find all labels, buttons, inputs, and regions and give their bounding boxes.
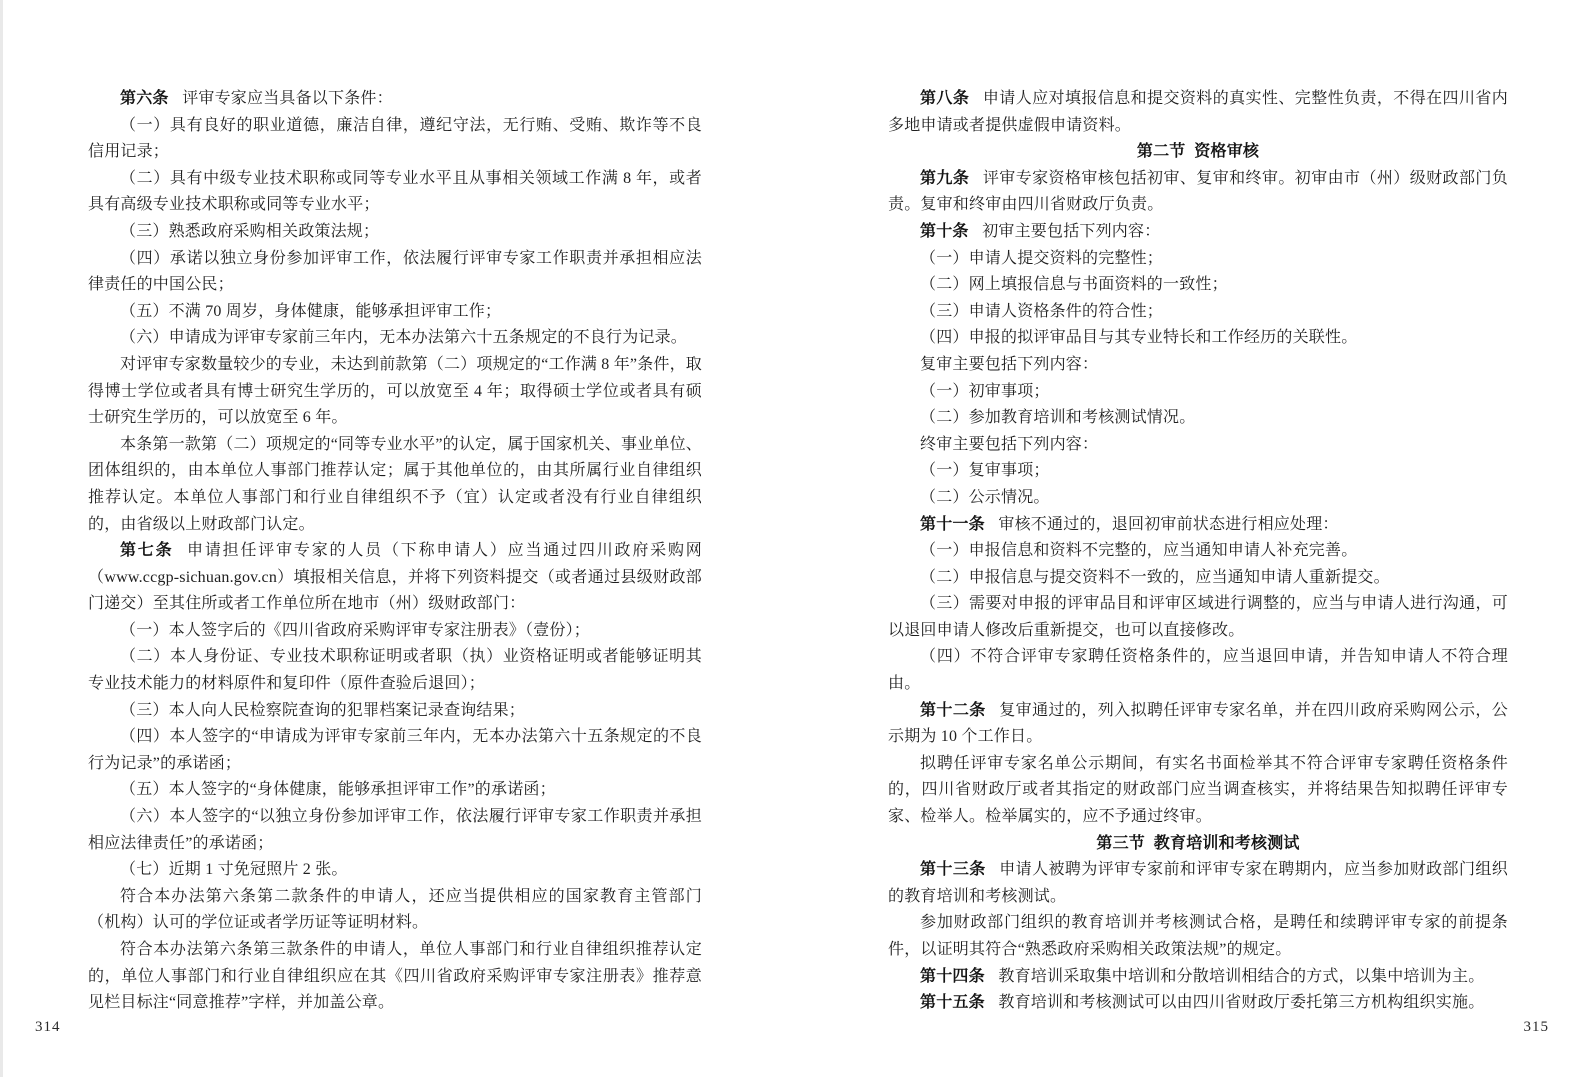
paragraph: （六）本人签字的“以独立身份参加评审工作，依法履行评审专家工作职责并承担相应法律…: [88, 804, 702, 857]
article-number: 第十五条: [920, 994, 985, 1011]
paragraph-text: （三）本人向人民检察院查询的犯罪档案记录查询结果；: [120, 702, 525, 719]
paragraph: 符合本办法第六条第三款条件的申请人，单位人事部门和行业自律组织推荐认定的，单位人…: [88, 937, 702, 1017]
paragraph-text: 申请人应对填报信息和提交资料的真实性、完整性负责，不得在四川省内多地申请或者提供…: [888, 90, 1508, 134]
paragraph: （一）本人签字后的《四川省政府采购评审专家注册表》（壹份）；: [88, 618, 702, 645]
paragraph-text: （三）申请人资格条件的符合性；: [920, 303, 1163, 320]
paragraph: 对评审专家数量较少的专业，未达到前款第（二）项规定的“工作满 8 年”条件，取得…: [88, 352, 702, 432]
section-number: 第三节: [1096, 835, 1145, 852]
paragraph-text: （一）具有良好的职业道德，廉洁自律，遵纪守法，无行贿、受贿、欺诈等不良信用记录；: [88, 117, 702, 161]
paragraph: （二）网上填报信息与书面资料的一致性；: [888, 272, 1508, 299]
paragraph-text: （六）申请成为评审专家前三年内，无本办法第六十五条规定的不良行为记录。: [120, 329, 687, 346]
paragraph-text: 初审主要包括下列内容：: [982, 223, 1160, 240]
page-right: 第八条申请人应对填报信息和提交资料的真实性、完整性负责，不得在四川省内多地申请或…: [794, 0, 1587, 1077]
paragraph: （六）申请成为评审专家前三年内，无本办法第六十五条规定的不良行为记录。: [88, 325, 702, 352]
paragraph-text: （二）公示情况。: [920, 489, 1050, 506]
paragraph: 终审主要包括下列内容：: [888, 432, 1508, 459]
page-right-content: 第八条申请人应对填报信息和提交资料的真实性、完整性负责，不得在四川省内多地申请或…: [888, 86, 1508, 1017]
paragraph-text: 参加财政部门组织的教育培训并考核测试合格，是聘任和续聘评审专家的前提条件，以证明…: [888, 914, 1508, 958]
paragraph: （四）申报的拟评审品目与其专业特长和工作经历的关联性。: [888, 325, 1508, 352]
paragraph-text: （一）申报信息和资料不完整的，应当通知申请人补充完善。: [920, 542, 1357, 559]
paragraph: （一）具有良好的职业道德，廉洁自律，遵纪守法，无行贿、受贿、欺诈等不良信用记录；: [88, 113, 702, 166]
paragraph-text: 拟聘任评审专家名单公示期间，有实名书面检举其不符合评审专家聘任资格条件的，四川省…: [888, 755, 1508, 825]
paragraph-text: （五）本人签字的“身体健康，能够承担评审工作”的承诺函；: [120, 781, 556, 798]
paragraph-text: （四）申报的拟评审品目与其专业特长和工作经历的关联性。: [920, 329, 1357, 346]
paragraph-text: （一）申请人提交资料的完整性；: [920, 250, 1163, 267]
paragraph: 第八条申请人应对填报信息和提交资料的真实性、完整性负责，不得在四川省内多地申请或…: [888, 86, 1508, 139]
paragraph: （一）申请人提交资料的完整性；: [888, 246, 1508, 273]
paragraph-text: 评审专家资格审核包括初审、复审和终审。初审由市（州）级财政部门负责。复审和终审由…: [888, 170, 1508, 214]
article-number: 第十四条: [920, 968, 985, 985]
paragraph: （四）本人签字的“申请成为评审专家前三年内，无本办法第六十五条规定的不良行为记录…: [88, 724, 702, 777]
paragraph: 第十五条教育培训和考核测试可以由四川省财政厅委托第三方机构组织实施。: [888, 990, 1508, 1017]
article-number: 第八条: [920, 90, 969, 107]
paragraph-text: 资格审核: [1194, 143, 1259, 160]
paragraph-text: （二）网上填报信息与书面资料的一致性；: [920, 276, 1228, 293]
paragraph: 拟聘任评审专家名单公示期间，有实名书面检举其不符合评审专家聘任资格条件的，四川省…: [888, 751, 1508, 831]
paragraph: 第六条评审专家应当具备以下条件：: [88, 86, 702, 113]
page-left: 第六条评审专家应当具备以下条件：（一）具有良好的职业道德，廉洁自律，遵纪守法，无…: [0, 0, 793, 1077]
paragraph-text: 本条第一款第（二）项规定的“同等专业水平”的认定，属于国家机关、事业单位、团体组…: [88, 436, 702, 533]
paragraph-text: （七）近期 1 寸免冠照片 2 张。: [120, 861, 348, 878]
paragraph: 第十一条审核不通过的，退回初审前状态进行相应处理：: [888, 512, 1508, 539]
paragraph: 第九条评审专家资格审核包括初审、复审和终审。初审由市（州）级财政部门负责。复审和…: [888, 166, 1508, 219]
section-heading: 第三节教育培训和考核测试: [888, 831, 1508, 858]
paragraph-text: 符合本办法第六条第三款条件的申请人，单位人事部门和行业自律组织推荐认定的，单位人…: [88, 941, 702, 1011]
book-spread: 第六条评审专家应当具备以下条件：（一）具有良好的职业道德，廉洁自律，遵纪守法，无…: [0, 0, 1587, 1077]
paragraph: （二）公示情况。: [888, 485, 1508, 512]
paragraph-text: （一）复审事项；: [920, 462, 1050, 479]
paragraph: （一）申报信息和资料不完整的，应当通知申请人补充完善。: [888, 538, 1508, 565]
paragraph-text: （三）熟悉政府采购相关政策法规；: [120, 223, 379, 240]
paragraph-text: 终审主要包括下列内容：: [920, 436, 1098, 453]
page-number-right: 315: [1524, 1018, 1550, 1036]
paragraph: （四）承诺以独立身份参加评审工作，依法履行评审专家工作职责并承担相应法律责任的中…: [88, 246, 702, 299]
paragraph-text: （二）本人身份证、专业技术职称证明或者职（执）业资格证明或者能够证明其专业技术能…: [88, 648, 702, 692]
paragraph-text: 评审专家应当具备以下条件：: [182, 90, 393, 107]
paragraph-text: 审核不通过的，退回初审前状态进行相应处理：: [998, 516, 1338, 533]
paragraph-text: 对评审专家数量较少的专业，未达到前款第（二）项规定的“工作满 8 年”条件，取得…: [88, 356, 702, 426]
paragraph: （五）不满 70 周岁，身体健康，能够承担评审工作；: [88, 299, 702, 326]
paragraph: 第十二条复审通过的，列入拟聘任评审专家名单，并在四川政府采购网公示，公示期为 1…: [888, 698, 1508, 751]
paragraph: 第十四条教育培训采取集中培训和分散培训相结合的方式，以集中培训为主。: [888, 964, 1508, 991]
article-number: 第十二条: [920, 702, 986, 719]
paragraph-text: 复审主要包括下列内容：: [920, 356, 1098, 373]
paragraph: （二）本人身份证、专业技术职称证明或者职（执）业资格证明或者能够证明其专业技术能…: [88, 644, 702, 697]
paragraph-text: （二）具有中级专业技术职称或同等专业水平且从事相关领域工作满 8 年，或者具有高…: [88, 170, 702, 214]
paragraph-text: （三）需要对申报的评审品目和评审区域进行调整的，应当与申请人进行沟通，可以退回申…: [888, 595, 1508, 639]
paragraph-text: 教育培训采取集中培训和分散培训相结合的方式，以集中培训为主。: [998, 968, 1484, 985]
paragraph: （二）具有中级专业技术职称或同等专业水平且从事相关领域工作满 8 年，或者具有高…: [88, 166, 702, 219]
paragraph: （三）本人向人民检察院查询的犯罪档案记录查询结果；: [88, 698, 702, 725]
paragraph: （七）近期 1 寸免冠照片 2 张。: [88, 857, 702, 884]
paragraph-text: （一）初审事项；: [920, 383, 1050, 400]
paragraph: （二）申报信息与提交资料不一致的，应当通知申请人重新提交。: [888, 565, 1508, 592]
paragraph: （二）参加教育培训和考核测试情况。: [888, 405, 1508, 432]
paragraph: 参加财政部门组织的教育培训并考核测试合格，是聘任和续聘评审专家的前提条件，以证明…: [888, 910, 1508, 963]
paragraph: （一）复审事项；: [888, 458, 1508, 485]
paragraph: （五）本人签字的“身体健康，能够承担评审工作”的承诺函；: [88, 777, 702, 804]
paragraph-text: 教育培训和考核测试: [1154, 835, 1300, 852]
paragraph-text: （四）本人签字的“申请成为评审专家前三年内，无本办法第六十五条规定的不良行为记录…: [88, 728, 702, 772]
paragraph: 复审主要包括下列内容：: [888, 352, 1508, 379]
page-number-left: 314: [35, 1018, 61, 1036]
paragraph-text: （四）承诺以独立身份参加评审工作，依法履行评审专家工作职责并承担相应法律责任的中…: [88, 250, 702, 294]
paragraph: （四）不符合评审专家聘任资格条件的，应当退回申请，并告知申请人不符合理由。: [888, 644, 1508, 697]
paragraph: 本条第一款第（二）项规定的“同等专业水平”的认定，属于国家机关、事业单位、团体组…: [88, 432, 702, 538]
paragraph: 第七条申请担任评审专家的人员（下称申请人）应当通过四川政府采购网（www.ccg…: [88, 538, 702, 618]
article-number: 第十三条: [920, 861, 986, 878]
paragraph: 第十条初审主要包括下列内容：: [888, 219, 1508, 246]
paragraph: （三）申请人资格条件的符合性；: [888, 299, 1508, 326]
section-heading: 第二节资格审核: [888, 139, 1508, 166]
article-number: 第六条: [120, 90, 169, 107]
paragraph: 第十三条申请人被聘为评审专家前和评审专家在聘期内，应当参加财政部门组织的教育培训…: [888, 857, 1508, 910]
paragraph-text: 教育培训和考核测试可以由四川省财政厅委托第三方机构组织实施。: [998, 994, 1484, 1011]
paragraph-text: （五）不满 70 周岁，身体健康，能够承担评审工作；: [120, 303, 501, 320]
paragraph-text: （六）本人签字的“以独立身份参加评审工作，依法履行评审专家工作职责并承担相应法律…: [88, 808, 702, 852]
paragraph: 符合本办法第六条第二款条件的申请人，还应当提供相应的国家教育主管部门（机构）认可…: [88, 884, 702, 937]
section-number: 第二节: [1137, 143, 1186, 160]
paragraph-text: 符合本办法第六条第二款条件的申请人，还应当提供相应的国家教育主管部门（机构）认可…: [88, 888, 702, 932]
article-number: 第十一条: [920, 516, 985, 533]
paragraph-text: （二）申报信息与提交资料不一致的，应当通知申请人重新提交。: [920, 569, 1390, 586]
paragraph-text: （四）不符合评审专家聘任资格条件的，应当退回申请，并告知申请人不符合理由。: [888, 648, 1508, 692]
paragraph: （一）初审事项；: [888, 379, 1508, 406]
article-number: 第十条: [920, 223, 969, 240]
page-left-content: 第六条评审专家应当具备以下条件：（一）具有良好的职业道德，廉洁自律，遵纪守法，无…: [88, 86, 702, 1017]
paragraph: （三）熟悉政府采购相关政策法规；: [88, 219, 702, 246]
paragraph-text: （一）本人签字后的《四川省政府采购评审专家注册表》（壹份）；: [120, 622, 590, 639]
paragraph-text: （二）参加教育培训和考核测试情况。: [920, 409, 1195, 426]
paragraph-text: 申请担任评审专家的人员（下称申请人）应当通过四川政府采购网（www.ccgp-s…: [88, 542, 702, 612]
article-number: 第九条: [920, 170, 969, 187]
article-number: 第七条: [120, 542, 173, 559]
paragraph: （三）需要对申报的评审品目和评审区域进行调整的，应当与申请人进行沟通，可以退回申…: [888, 591, 1508, 644]
